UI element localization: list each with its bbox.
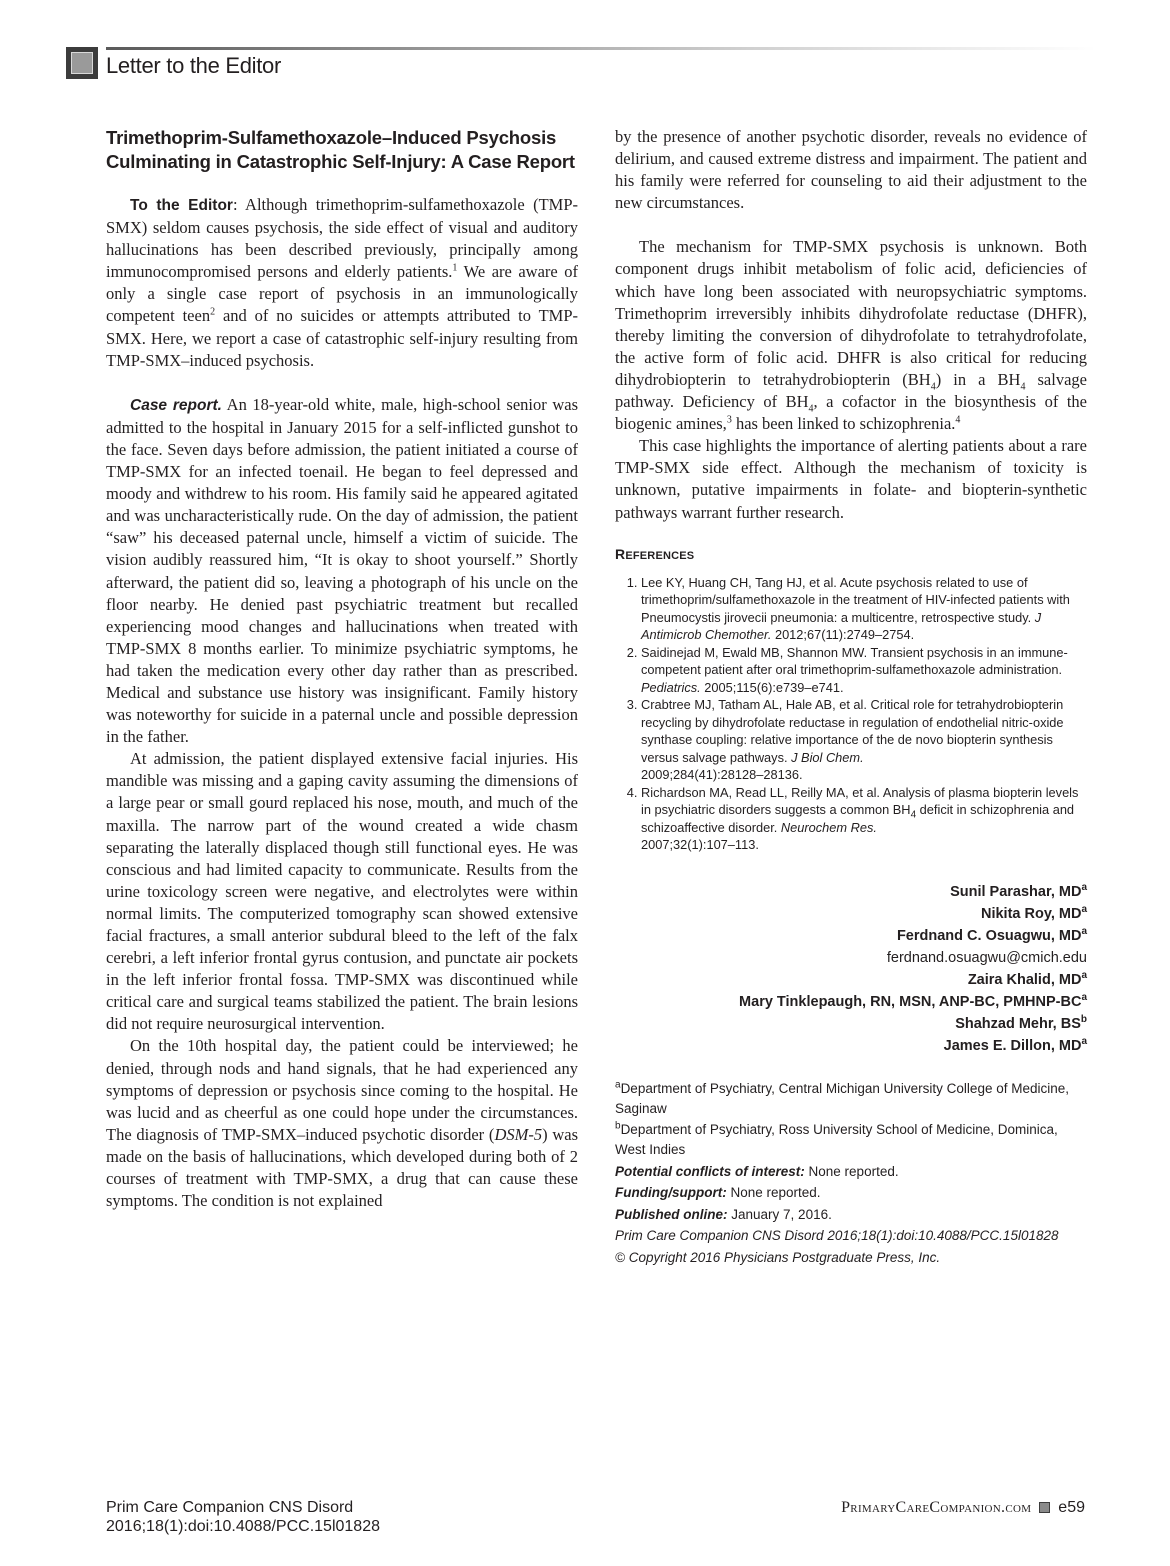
references-list: Lee KY, Huang CH, Tang HJ, et al. Acute … bbox=[615, 574, 1087, 854]
mechanism-paragraph: The mechanism for TMP-SMX psychosis is u… bbox=[615, 236, 1087, 435]
header-rule bbox=[106, 47, 1096, 50]
intro-lead: To the Editor bbox=[130, 197, 233, 214]
admission-paragraph: At admission, the patient displayed exte… bbox=[106, 748, 578, 1035]
copyright-line: © Copyright 2016 Physicians Postgraduate… bbox=[615, 1248, 1087, 1268]
corresponding-email-link[interactable]: ferdnand.osuagwu@cmich.edu bbox=[615, 947, 1087, 969]
author-name: Zaira Khalid, MDa bbox=[615, 969, 1087, 991]
conflicts-line: Potential conflicts of interest: None re… bbox=[615, 1162, 1087, 1182]
reference-item: Richardson MA, Read LL, Reilly MA, et al… bbox=[641, 784, 1087, 854]
citation-line: Prim Care Companion CNS Disord 2016;18(1… bbox=[615, 1226, 1087, 1246]
left-column: Trimethoprim-Sulfamethoxazole–Induced Ps… bbox=[106, 126, 578, 1212]
reference-marker: 4 bbox=[955, 415, 960, 426]
section-marker-square-icon bbox=[66, 47, 98, 79]
case-report-paragraph: Case report. An 18-year-old white, male,… bbox=[106, 394, 578, 749]
day10-paragraph: On the 10th hospital day, the patient co… bbox=[106, 1035, 578, 1212]
right-column: by the presence of another psychotic dis… bbox=[615, 126, 1087, 1269]
footer-square-icon bbox=[1039, 1502, 1050, 1513]
affiliations-block: aDepartment of Psychiatry, Central Michi… bbox=[615, 1079, 1087, 1268]
case-report-lead: Case report. bbox=[130, 397, 222, 414]
funding-line: Funding/support: None reported. bbox=[615, 1183, 1087, 1203]
author-name: James E. Dillon, MDa bbox=[615, 1035, 1087, 1057]
affiliation-a: aDepartment of Psychiatry, Central Michi… bbox=[615, 1079, 1087, 1119]
footer-right: PrimaryCareCompanion.com e59 bbox=[841, 1498, 1085, 1517]
footer-site-link[interactable]: PrimaryCareCompanion.com bbox=[841, 1498, 1031, 1517]
footer-journal-citation: Prim Care Companion CNS Disord 2016;18(1… bbox=[106, 1498, 380, 1536]
reference-item: Crabtree MJ, Tatham AL, Hale AB, et al. … bbox=[641, 696, 1087, 784]
page-number: e59 bbox=[1058, 1498, 1085, 1517]
continuation-paragraph: by the presence of another psychotic dis… bbox=[615, 126, 1087, 214]
intro-paragraph: To the Editor: Although trimethoprim-sul… bbox=[106, 194, 578, 372]
author-name: Sunil Parashar, MDa bbox=[615, 881, 1087, 903]
reference-item: Saidinejad M, Ewald MB, Shannon MW. Tran… bbox=[641, 644, 1087, 697]
author-list: Sunil Parashar, MDa Nikita Roy, MDa Ferd… bbox=[615, 881, 1087, 1057]
published-line: Published online: January 7, 2016. bbox=[615, 1205, 1087, 1225]
author-name: Shahzad Mehr, BSb bbox=[615, 1013, 1087, 1035]
author-name: Ferdnand C. Osuagwu, MDa bbox=[615, 925, 1087, 947]
reference-item: Lee KY, Huang CH, Tang HJ, et al. Acute … bbox=[641, 574, 1087, 644]
references-heading: REFERENCES bbox=[615, 546, 1087, 562]
conclusion-paragraph: This case highlights the importance of a… bbox=[615, 435, 1087, 523]
dsm-term: DSM-5 bbox=[494, 1125, 542, 1144]
affiliation-b: bDepartment of Psychiatry, Ross Universi… bbox=[615, 1120, 1087, 1160]
section-label: Letter to the Editor bbox=[106, 53, 281, 79]
author-name: Nikita Roy, MDa bbox=[615, 903, 1087, 925]
article-title: Trimethoprim-Sulfamethoxazole–Induced Ps… bbox=[106, 126, 578, 174]
author-name: Mary Tinklepaugh, RN, MSN, ANP-BC, PMHNP… bbox=[615, 991, 1087, 1013]
